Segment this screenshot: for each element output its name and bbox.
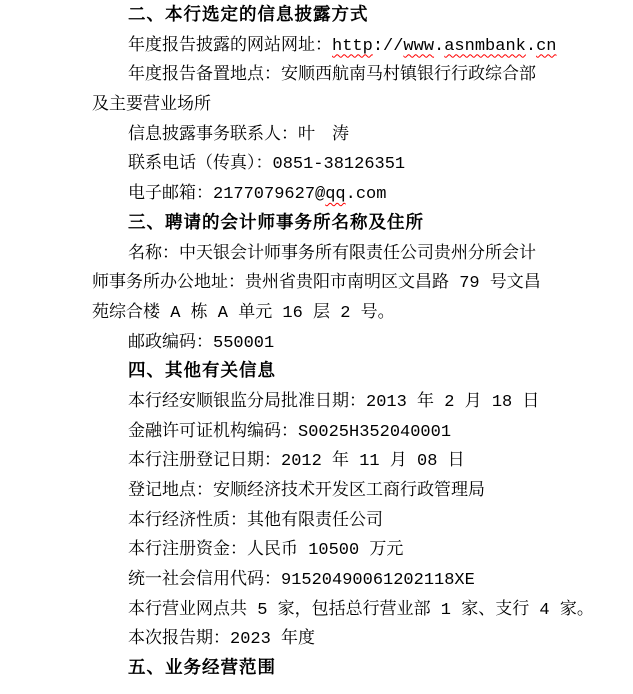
text-run: 统一社会信用代码：91520490061202118XE [128,571,475,590]
document-line: 名称：中天银会计师事务所有限责任公司贵州分所会计 [92,240,627,270]
document-line: 年度报告披露的网站网址：http://www.asnmbank.cn [92,32,627,62]
document-line: 本次报告期：2023 年度 [92,625,627,655]
document-line: 本行经安顺银监分局批准日期：2013 年 2 月 18 日 [92,388,627,418]
spellcheck-flagged-word: www [403,37,434,56]
section-heading: 二、本行选定的信息披露方式 [92,2,627,32]
document-line: 本行注册登记日期：2012 年 11 月 08 日 [92,447,627,477]
document-line: 信息披露事务联系人：叶 涛 [92,121,627,151]
text-run: 金融许可证机构编码：S0025H352040001 [128,423,451,442]
document-line: 年度报告备置地点：安顺西航南马村镇银行行政综合部 [92,61,627,91]
spellcheck-flagged-word: qq [325,185,345,204]
spellcheck-flagged-word: http [332,37,373,56]
document-line: 本行注册资金：人民币 10500 万元 [92,536,627,566]
text-run: 二、本行选定的信息披露方式 [128,6,369,26]
section-heading: 四、其他有关信息 [92,358,627,388]
text-run: :// [373,37,404,56]
document-line: 登记地点：安顺经济技术开发区工商行政管理局 [92,477,627,507]
document-line: 苑综合楼 A 栋 A 单元 16 层 2 号。 [92,299,627,329]
text-run: 本行营业网点共 5 家，包括总行营业部 1 家、支行 4 家。 [128,601,594,620]
text-run: 本行经济性质：其他有限责任公司 [128,512,383,531]
section-heading: 三、聘请的会计师事务所名称及住所 [92,210,627,240]
text-run: . [526,37,536,56]
document-line: 统一社会信用代码：91520490061202118XE [92,566,627,596]
text-run: 电子邮箱： [128,185,213,204]
document-body: 二、本行选定的信息披露方式年度报告披露的网站网址：http://www.asnm… [92,2,627,685]
text-run: 及主要营业场所 [92,96,211,115]
text-run: 苑综合楼 A 栋 A 单元 16 层 2 号。 [92,304,395,323]
text-run: .com [346,185,387,204]
text-run: 五、业务经营范围 [128,659,276,679]
text-run: 登记地点：安顺经济技术开发区工商行政管理局 [128,482,485,501]
text-run: 三、聘请的会计师事务所名称及住所 [128,214,424,234]
text-run: 邮政编码：550001 [128,334,274,353]
document-line: 邮政编码：550001 [92,329,627,359]
text-run: 2177079627@ [213,185,325,204]
text-run: 年度报告备置地点：安顺西航南马村镇银行行政综合部 [128,66,536,85]
text-run: 信息披露事务联系人：叶 涛 [128,126,349,145]
text-run: 年度报告披露的网站网址： [128,37,332,56]
text-run: 本行注册登记日期：2012 年 11 月 08 日 [128,452,465,471]
text-run: . [434,37,444,56]
text-run: 本行注册资金：人民币 10500 万元 [128,541,403,560]
text-run: 本行经安顺银监分局批准日期：2013 年 2 月 18 日 [128,393,539,412]
document-line: 及主要营业场所 [92,91,627,121]
document-line: 本行营业网点共 5 家，包括总行营业部 1 家、支行 4 家。 [92,596,627,626]
text-run: 名称：中天银会计师事务所有限责任公司贵州分所会计 [128,245,536,264]
spellcheck-flagged-word: cn [536,37,556,56]
section-heading: 五、业务经营范围 [92,655,627,685]
spellcheck-flagged-word: asnmbank [444,37,526,56]
text-run: 联系电话（传真）：0851-38126351 [128,155,405,174]
document-page: 二、本行选定的信息披露方式年度报告披露的网站网址：http://www.asnm… [0,0,633,694]
document-line: 金融许可证机构编码：S0025H352040001 [92,418,627,448]
text-run: 本次报告期：2023 年度 [128,630,315,649]
document-line: 师事务所办公地址：贵州省贵阳市南明区文昌路 79 号文昌 [92,269,627,299]
text-run: 师事务所办公地址：贵州省贵阳市南明区文昌路 79 号文昌 [92,274,541,293]
text-run: 四、其他有关信息 [128,362,276,382]
document-line: 本行经济性质：其他有限责任公司 [92,507,627,537]
document-line: 联系电话（传真）：0851-38126351 [92,150,627,180]
document-line: 电子邮箱：2177079627@qq.com [92,180,627,210]
